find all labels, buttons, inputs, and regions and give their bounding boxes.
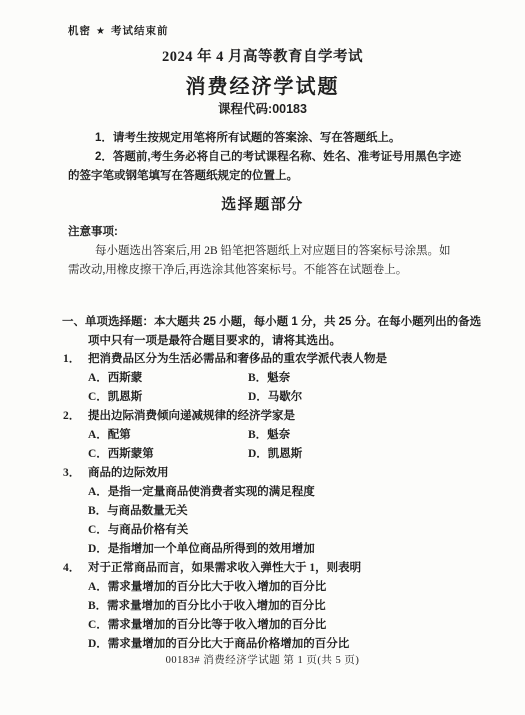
exam-paper-page: 机密★考试结束前 2024 年 4 月高等教育自学考试 消费经济学试题 课程代码… [0, 0, 525, 715]
option-a: A．西斯蒙 [88, 369, 248, 388]
question-stem: 把消费品区分为生活必需品和奢侈品的重农学派代表人物是 [88, 350, 480, 369]
question-number: 1． [63, 350, 88, 369]
option-c: C．西斯蒙第 [88, 445, 248, 464]
option-c: C．需求量增加的百分比等于收入增加的百分比 [88, 616, 480, 635]
option-d: D．凯恩斯 [248, 445, 480, 464]
option-b: B．需求量增加的百分比小于收入增加的百分比 [88, 597, 480, 616]
option-a: A．是指一定量商品使消费者实现的满足程度 [88, 483, 480, 502]
option-c: C．凯恩斯 [88, 388, 248, 407]
option-b: B．魁奈 [248, 369, 480, 388]
option-b: B．魁奈 [248, 426, 480, 445]
section-one-heading: 一、单项选择题：本大题共 25 小题，每小题 1 分，共 25 分。在每小题列出… [62, 313, 490, 351]
security-label: 机密 [68, 25, 91, 37]
security-line: 机密★考试结束前 [68, 23, 168, 38]
option-d: D．是指增加一个单位商品所得到的效用增加 [88, 540, 480, 559]
session-title: 2024 年 4 月高等教育自学考试 [0, 45, 525, 66]
question-number: 2． [63, 407, 88, 426]
question-2: 2． 提出边际消费倾向递减规律的经济学家是 A．配第 B．魁奈 C．西斯蒙第 D… [63, 407, 480, 464]
question-4: 4． 对于正常商品而言，如果需求收入弹性大于 1，则表明 A．需求量增加的百分比… [63, 559, 480, 654]
option-d: D．马歇尔 [248, 388, 480, 407]
option-b: B．与商品数量无关 [88, 502, 480, 521]
paper-title: 消费经济学试题 [0, 70, 525, 99]
general-instructions: 1．请考生按规定用笔将所有试题的答案涂、写在答题纸上。 2．答题前,考生务必将自… [68, 129, 462, 186]
question-number: 4． [63, 559, 88, 578]
page-footer: 00183# 消费经济学试题 第 1 页(共 5 页) [0, 652, 525, 667]
question-number: 3． [63, 464, 88, 483]
course-code: 课程代码:00183 [0, 99, 525, 117]
star-icon: ★ [96, 26, 106, 37]
option-c: C．与商品价格有关 [88, 521, 480, 540]
notice-label: 注意事项: [68, 223, 118, 239]
option-a: A．需求量增加的百分比大于收入增加的百分比 [88, 578, 480, 597]
question-list: 1． 把消费品区分为生活必需品和奢侈品的重农学派代表人物是 A．西斯蒙 B．魁奈… [63, 350, 480, 654]
question-stem: 提出边际消费倾向递减规律的经济学家是 [88, 407, 480, 426]
question-stem: 商品的边际效用 [88, 464, 480, 483]
instruction-item-2: 2．答题前,考生务必将自己的考试课程名称、姓名、准考证号用黑色字迹的签字笔或钢笔… [68, 148, 462, 186]
question-1: 1． 把消费品区分为生活必需品和奢侈品的重农学派代表人物是 A．西斯蒙 B．魁奈… [63, 350, 480, 407]
security-note: 考试结束前 [111, 25, 169, 37]
question-stem: 对于正常商品而言，如果需求收入弹性大于 1，则表明 [88, 559, 480, 578]
instruction-item-1: 1．请考生按规定用笔将所有试题的答案涂、写在答题纸上。 [68, 129, 462, 148]
question-3: 3． 商品的边际效用 A．是指一定量商品使消费者实现的满足程度 B．与商品数量无… [63, 464, 480, 559]
choice-section-heading: 选择题部分 [0, 193, 525, 214]
notice-text: 每小题选出答案后,用 2B 铅笔把答题纸上对应题目的答案标号涂黑。如需改动,用橡… [68, 242, 462, 280]
option-a: A．配第 [88, 426, 248, 445]
